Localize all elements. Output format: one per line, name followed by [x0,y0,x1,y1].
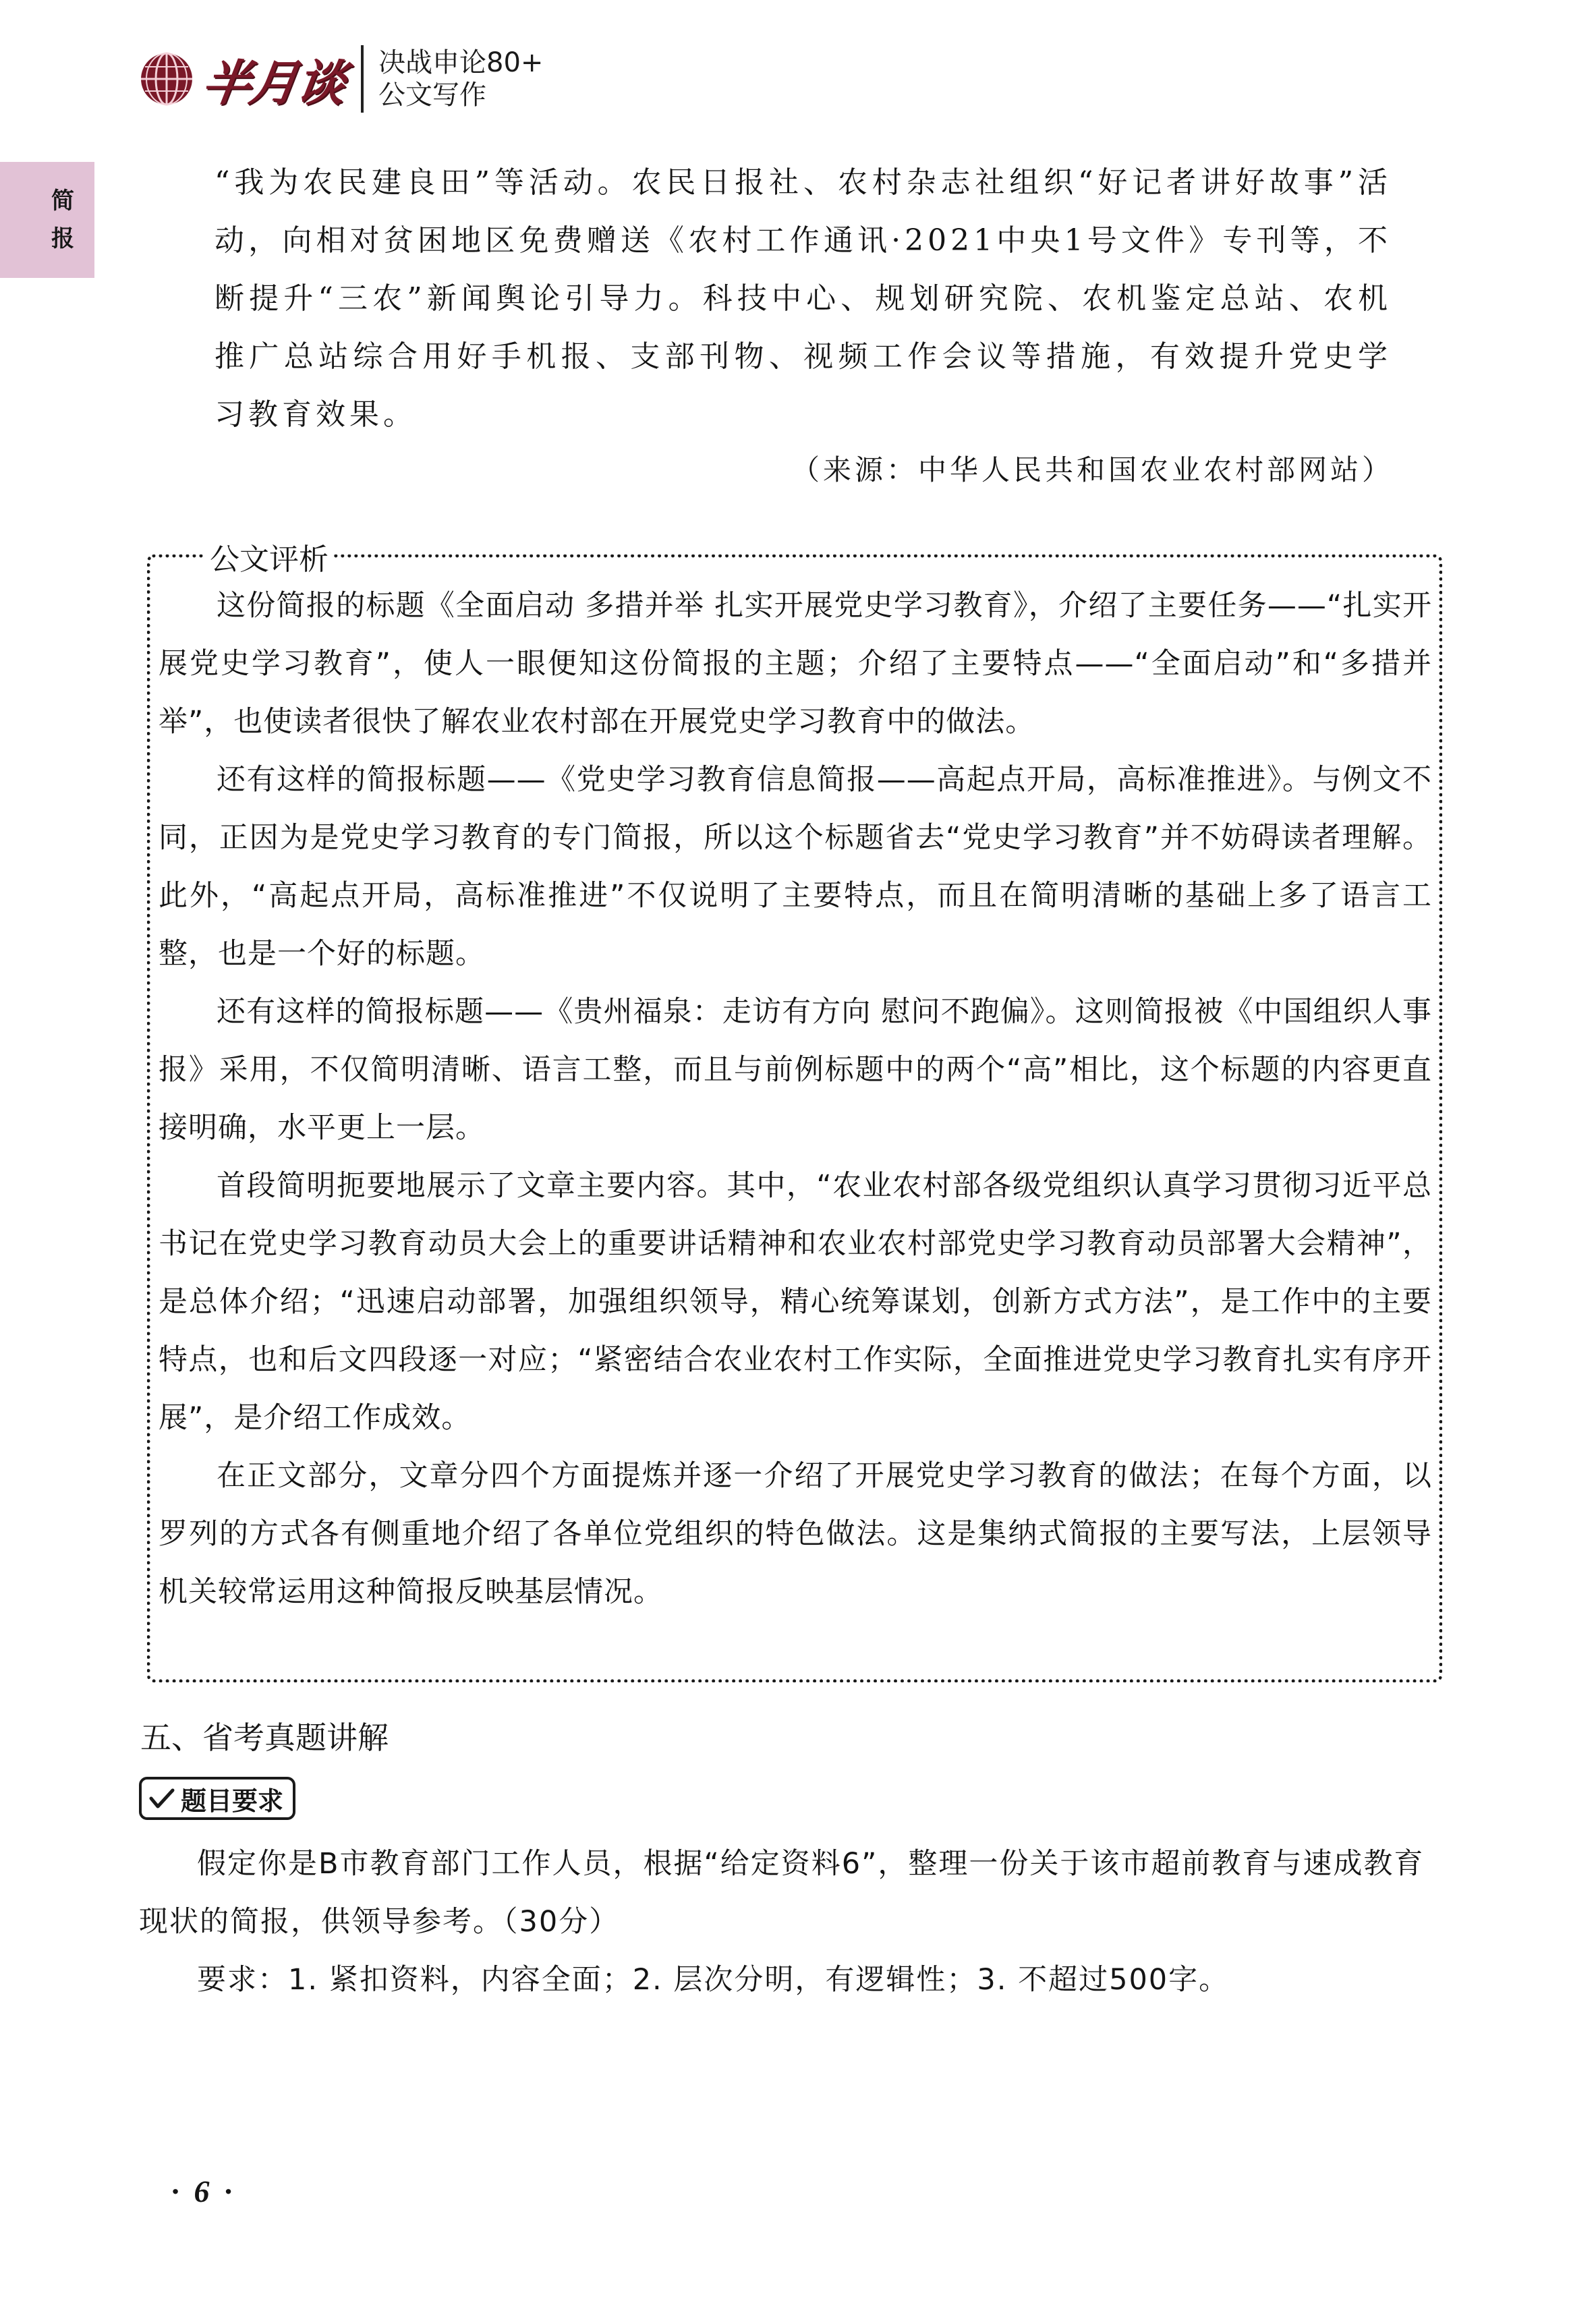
exam-question: 假定你是B市教育部门工作人员，根据“给定资料6”，整理一份关于该市超前教育与速成… [139,1835,1448,2009]
side-tab-char: 报 [51,220,74,258]
section-heading: 五、省考真题讲解 [140,1713,389,1758]
page-header: 半月谈 决战申论80+ 公文写作 [138,42,543,116]
review-paragraph: 这份简报的标题《全面启动 多措并举 扎实开展党史学习教育》，介绍了主要任务——“… [159,577,1432,751]
source-paragraph: “我为农民建良田”等活动。农民日报社、农村杂志社组织“好记者讲好故事”活动，向相… [215,154,1392,444]
check-icon [148,1786,175,1811]
review-box: 公文评析 这份简报的标题《全面启动 多措并举 扎实开展党史学习教育》，介绍了主要… [147,554,1442,1682]
review-paragraph: 还有这样的简报标题——《贵州福泉：走访有方向 慰问不跑偏》。这则简报被《中国组织… [159,983,1432,1157]
chapter-side-tab: 简 报 [0,162,94,278]
requirements-text: 要求：1. 紧扣资料，内容全面；2. 层次分明，有逻辑性；3. 不超过500字。 [139,1951,1448,2009]
review-body: 这份简报的标题《全面启动 多措并举 扎实开展党史学习教育》，介绍了主要任务——“… [159,577,1432,1621]
book-subtitle: 决战申论80+ 公文写作 [378,47,543,111]
badge-label: 题目要求 [181,1780,283,1817]
subtitle-line1: 决战申论80+ [378,47,543,79]
brand-logo: 半月谈 [138,44,345,114]
subtitle-line2: 公文写作 [378,79,543,111]
brand-name: 半月谈 [198,44,350,114]
requirement-badge: 题目要求 [139,1777,295,1820]
header-divider [361,45,364,113]
review-paragraph: 在正文部分，文章分四个方面提炼并逐一介绍了开展党史学习教育的做法；在每个方面，以… [159,1447,1432,1621]
review-paragraph: 首段简明扼要地展示了文章主要内容。其中，“农业农村部各级党组织认真学习贯彻习近平… [159,1157,1432,1447]
globe-icon [138,51,195,107]
review-paragraph: 还有这样的简报标题——《党史学习教育信息简报——高起点开局，高标准推进》。与例文… [159,751,1432,983]
review-title: 公文评析 [204,535,334,578]
page-number: ·6· [171,2173,247,2209]
side-tab-char: 简 [51,182,74,220]
question-text: 假定你是B市教育部门工作人员，根据“给定资料6”，整理一份关于该市超前教育与速成… [139,1835,1448,1951]
source-attribution: （来源：中华人民共和国农业农村部网站） [791,448,1394,488]
